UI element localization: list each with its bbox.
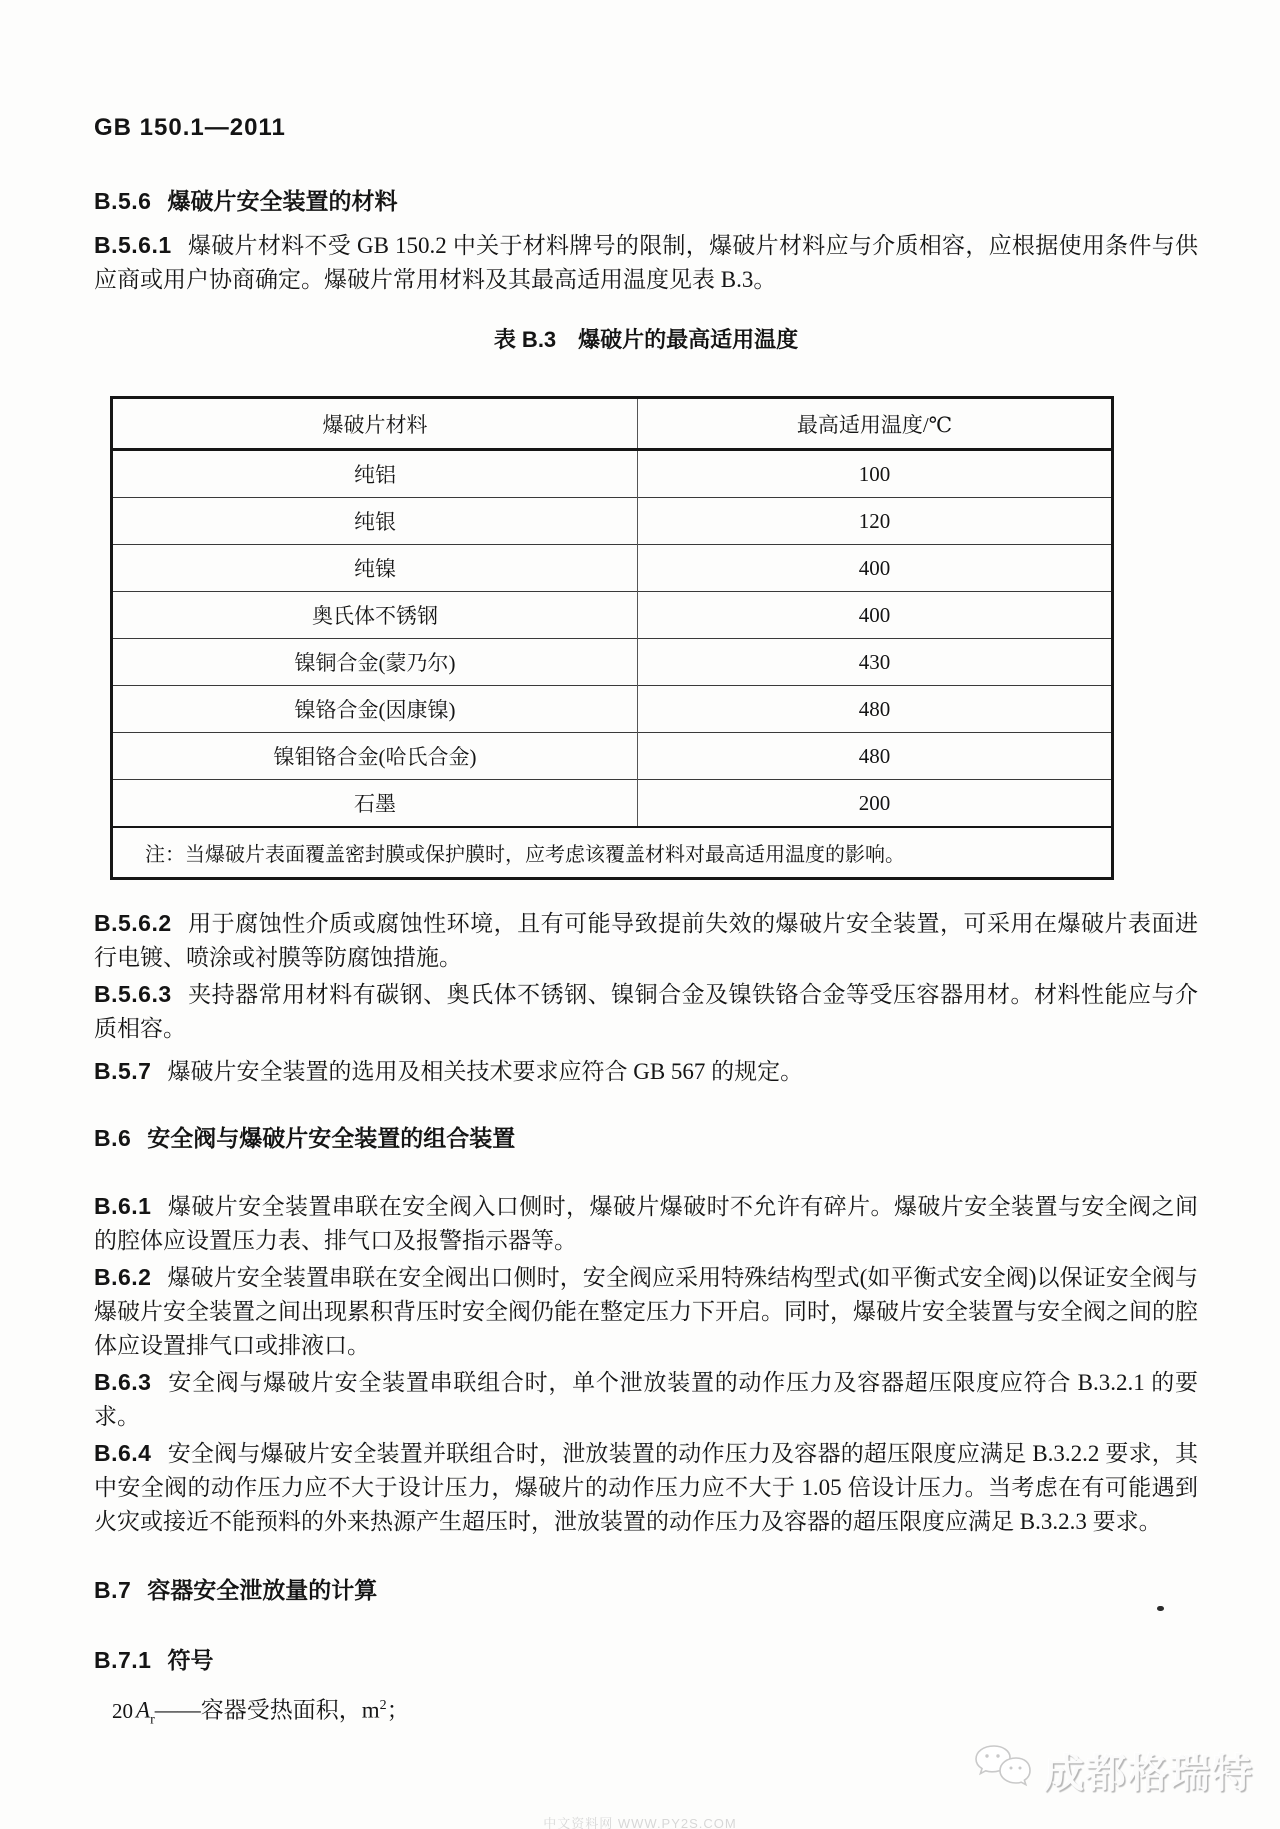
table-b3-title: 表 B.3 爆破片的最高适用温度: [94, 323, 1198, 354]
cell-temperature: 480: [638, 733, 1113, 780]
symbol-superscript: 2: [380, 1698, 387, 1713]
cell-material: 奥氏体不锈钢: [112, 592, 638, 639]
clause-number: B.5.6.1: [94, 232, 172, 258]
clause-b5663: B.5.6.3夹持器常用材料有碳钢、奥氏体不锈钢、镍铜合金及镍铁铬合金等受压容器…: [94, 977, 1198, 1046]
clause-b62: B.6.2爆破片安全装置串联在安全阀出口侧时，安全阀应采用特殊结构型式(如平衡式…: [94, 1260, 1198, 1363]
symbol-tail: ；: [387, 1698, 410, 1723]
brand-watermark-text: 成都格瑞特: [1044, 1742, 1254, 1799]
cell-material: 纯铝: [112, 450, 638, 498]
clause-heading-b556: B.5.6爆破片安全装置的材料: [94, 184, 1198, 218]
clause-text: 爆破片安全装置串联在安全阀出口侧时，安全阀应采用特殊结构型式(如平衡式安全阀)以…: [94, 1265, 1198, 1358]
symbol-letter: A: [136, 1698, 150, 1723]
clause-title: 符号: [167, 1647, 213, 1673]
clause-b64: B.6.4安全阀与爆破片安全装置并联组合时，泄放装置的动作压力及容器的超压限度应…: [94, 1436, 1198, 1539]
clause-number: B.7: [94, 1577, 131, 1603]
section-title: 容器安全泄放量的计算: [147, 1577, 377, 1603]
cell-material: 镍钼铬合金(哈氏合金): [112, 733, 638, 780]
table-header-row: 爆破片材料 最高适用温度/℃: [112, 398, 1113, 450]
table-note-row: 注：当爆破片表面覆盖密封膜或保护膜时，应考虑该覆盖材料对最高适用温度的影响。: [112, 827, 1113, 879]
clause-number: B.7.1: [94, 1647, 151, 1673]
cell-temperature: 120: [638, 498, 1113, 545]
table-row: 镍钼铬合金(哈氏合金) 480: [112, 733, 1113, 780]
cell-material: 镍铜合金(蒙乃尔): [112, 639, 638, 686]
cell-temperature: 200: [638, 780, 1113, 828]
wechat-bubbles-icon: [974, 1742, 1036, 1799]
cell-material: 纯银: [112, 498, 638, 545]
clause-text: 爆破片安全装置的选用及相关技术要求应符合 GB 567 的规定。: [167, 1059, 803, 1084]
table-row: 奥氏体不锈钢 400: [112, 592, 1113, 639]
clause-text: 夹持器常用材料有碳钢、奥氏体不锈钢、镍铜合金及镍铁铬合金等受压容器用材。材料性能…: [94, 982, 1198, 1041]
clause-title: 爆破片安全装置的材料: [167, 188, 397, 214]
clause-text: 用于腐蚀性介质或腐蚀性环境，且有可能导致提前失效的爆破片安全装置，可采用在爆破片…: [94, 911, 1198, 970]
clause-b61: B.6.1爆破片安全装置串联在安全阀入口侧时，爆破片爆破时不允许有碎片。爆破片安…: [94, 1189, 1198, 1258]
clause-text: 安全阀与爆破片安全装置串联组合时，单个泄放装置的动作压力及容器超压限度应符合 B…: [94, 1370, 1198, 1429]
standard-code-header: GB 150.1—2011: [94, 114, 1198, 142]
column-header-temperature: 最高适用温度/℃: [638, 398, 1113, 450]
clause-number: B.6.4: [94, 1440, 151, 1466]
cell-temperature: 100: [638, 450, 1113, 498]
section-heading-b6: B.6安全阀与爆破片安全装置的组合装置: [94, 1121, 1198, 1155]
table-row: 镍铜合金(蒙乃尔) 430: [112, 639, 1113, 686]
symbol-definition-ar: Ar——容器受热面积，m2；: [94, 1689, 1198, 1737]
cell-temperature: 430: [638, 639, 1113, 686]
clause-number: B.5.7: [94, 1058, 151, 1084]
cell-material: 石墨: [112, 780, 638, 828]
cell-material: 纯镍: [112, 545, 638, 592]
section-heading-b7: B.7容器安全泄放量的计算: [94, 1573, 1198, 1607]
clause-number: B.5.6: [94, 188, 151, 214]
clause-text: 爆破片安全装置串联在安全阀入口侧时，爆破片爆破时不允许有碎片。爆破片安全装置与安…: [94, 1194, 1198, 1253]
table-row: 纯铝 100: [112, 450, 1113, 498]
table-b3: 爆破片材料 最高适用温度/℃ 纯铝 100 纯银 120 纯镍 400: [110, 396, 1114, 880]
table-row: 纯镍 400: [112, 545, 1113, 592]
section-title: 安全阀与爆破片安全装置的组合装置: [147, 1125, 515, 1151]
symbol-text: 容器受热面积，m: [201, 1698, 380, 1723]
clause-number: B.6.1: [94, 1193, 151, 1219]
page-content: GB 150.1—2011 B.5.6爆破片安全装置的材料 B.5.6.1爆破片…: [94, 0, 1198, 1737]
clause-b5661: B.5.6.1爆破片材料不受 GB 150.2 中关于材料牌号的限制，爆破片材料…: [94, 228, 1198, 297]
clause-b63: B.6.3安全阀与爆破片安全装置串联组合时，单个泄放装置的动作压力及容器超压限度…: [94, 1365, 1198, 1434]
page-number: 20: [112, 1699, 133, 1724]
clause-text: 安全阀与爆破片安全装置并联组合时，泄放装置的动作压力及容器的超压限度应满足 B.…: [94, 1441, 1198, 1534]
clause-b57: B.5.7爆破片安全装置的选用及相关技术要求应符合 GB 567 的规定。: [94, 1054, 1198, 1089]
document-page: GB 150.1—2011 B.5.6爆破片安全装置的材料 B.5.6.1爆破片…: [0, 0, 1280, 1829]
symbol-dash: ——: [155, 1698, 201, 1723]
table-row: 镍铬合金(因康镍) 480: [112, 686, 1113, 733]
faint-site-watermark: 中文资料网 WWW.PY2S.COM: [543, 1813, 737, 1829]
table-note: 注：当爆破片表面覆盖密封膜或保护膜时，应考虑该覆盖材料对最高适用温度的影响。: [112, 827, 1113, 879]
clause-number: B.5.6.3: [94, 981, 172, 1007]
clause-number: B.6.3: [94, 1369, 151, 1395]
cell-temperature: 400: [638, 592, 1113, 639]
brand-watermark: 成都格瑞特: [974, 1742, 1254, 1799]
cell-temperature: 480: [638, 686, 1113, 733]
clause-heading-b71: B.7.1符号: [94, 1643, 1198, 1677]
table-row: 纯银 120: [112, 498, 1113, 545]
table-row: 石墨 200: [112, 780, 1113, 828]
clause-b5662: B.5.6.2用于腐蚀性介质或腐蚀性环境，且有可能导致提前失效的爆破片安全装置，…: [94, 906, 1198, 975]
clause-text: 爆破片材料不受 GB 150.2 中关于材料牌号的限制，爆破片材料应与介质相容，…: [94, 233, 1198, 292]
cell-material: 镍铬合金(因康镍): [112, 686, 638, 733]
cell-temperature: 400: [638, 545, 1113, 592]
clause-number: B.5.6.2: [94, 910, 172, 936]
clause-number: B.6.2: [94, 1264, 151, 1290]
scan-artifact-speck: [1157, 1606, 1164, 1611]
clause-number: B.6: [94, 1125, 131, 1151]
column-header-material: 爆破片材料: [112, 398, 638, 450]
